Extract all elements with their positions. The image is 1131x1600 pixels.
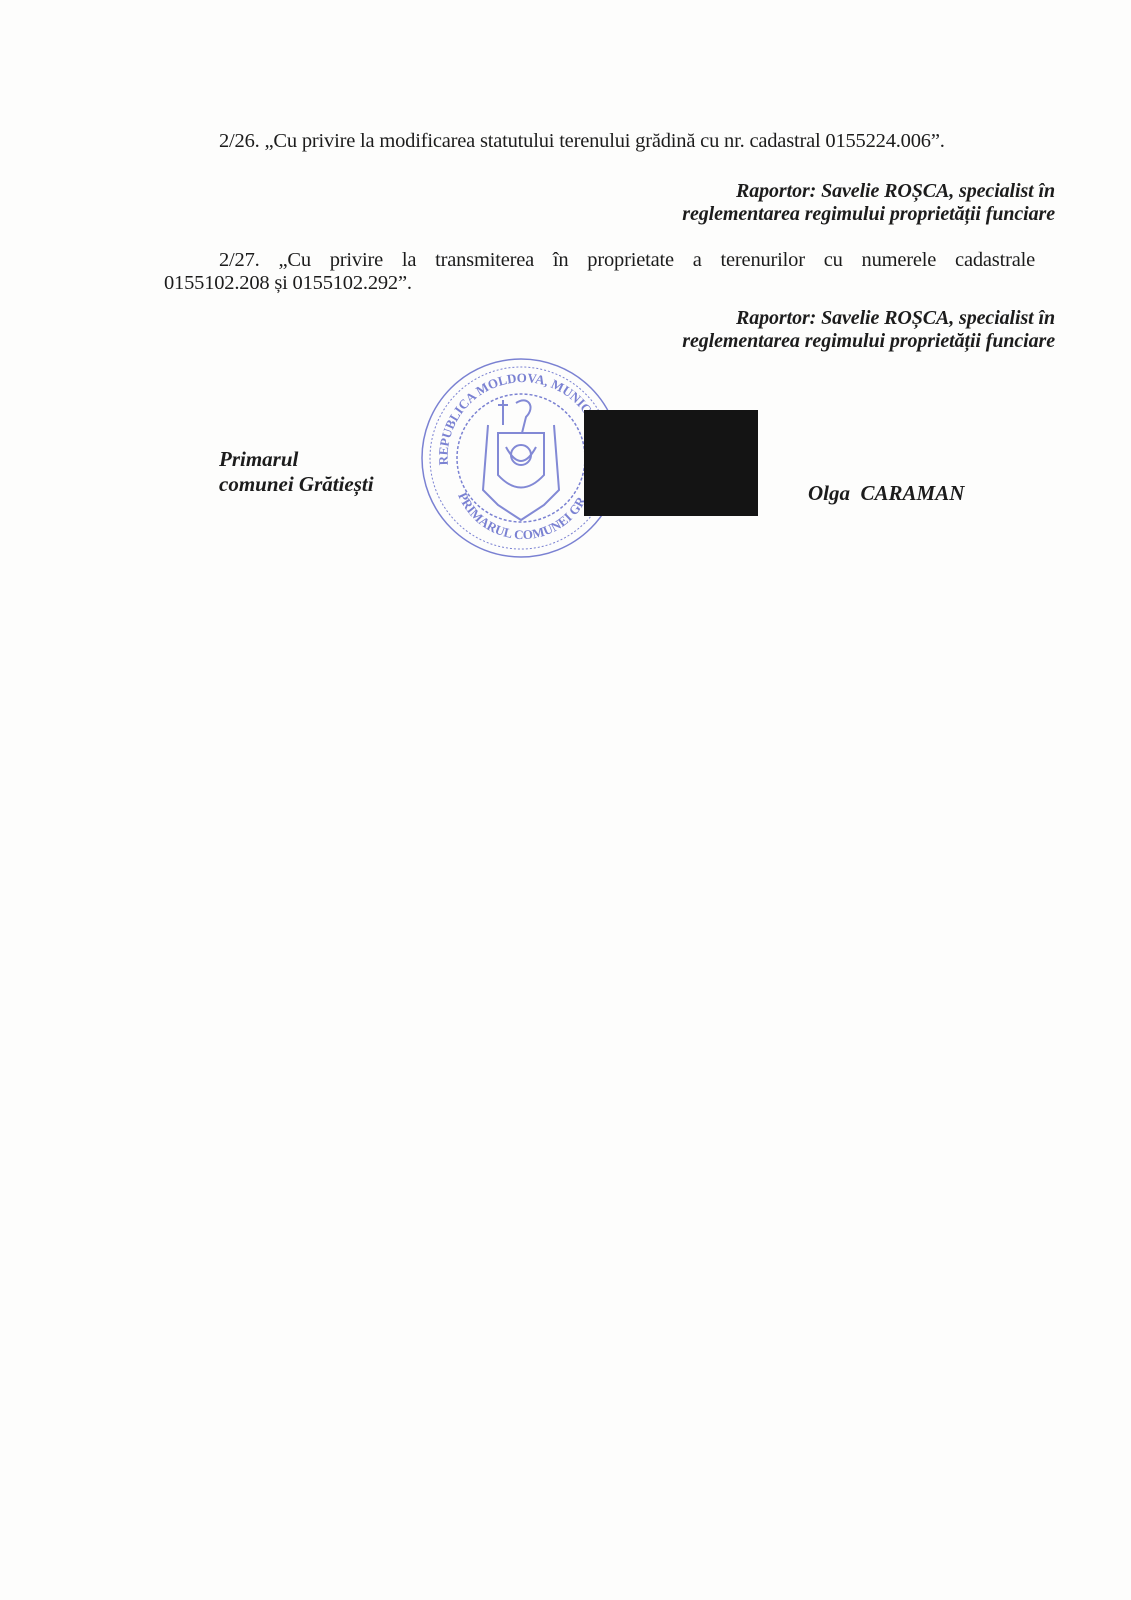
reporter-block-2-26: Raportor: Savelie ROȘCA, specialist în r… (682, 180, 1055, 226)
svg-text:PRIMARUL COMUNEI GR: PRIMARUL COMUNEI GR (455, 490, 589, 542)
signatory-title-line: comunei Grătiești (219, 472, 374, 497)
agenda-item-2-27-cont: 0155102.208 și 0155102.292”. (164, 272, 412, 295)
signatory-title-line: Primarul (219, 447, 374, 472)
item-text: „Cu privire la modificarea statutului te… (265, 130, 945, 152)
reporter-block-2-27: Raportor: Savelie ROȘCA, specialist în r… (682, 307, 1055, 353)
redacted-signature (584, 410, 758, 516)
signatory-name: Olga CARAMAN (808, 481, 964, 506)
item-number: 2/26. (219, 130, 260, 152)
agenda-item-2-27: 2/27. „Cu privire la transmiterea în pro… (219, 249, 1035, 272)
reporter-line: Raportor: Savelie ROȘCA, specialist în (682, 180, 1055, 203)
signatory-title: Primarul comunei Grătiești (219, 447, 374, 497)
item-number: 2/27. (219, 249, 260, 271)
reporter-line: Raportor: Savelie ROȘCA, specialist în (682, 307, 1055, 330)
reporter-line: reglementarea regimului proprietății fun… (682, 330, 1055, 353)
reporter-line: reglementarea regimului proprietății fun… (682, 203, 1055, 226)
agenda-item-2-26: 2/26. „Cu privire la modificarea statutu… (219, 130, 945, 153)
item-text: 0155102.208 și 0155102.292”. (164, 272, 412, 294)
item-text: „Cu privire la transmiterea în proprieta… (278, 249, 1035, 271)
